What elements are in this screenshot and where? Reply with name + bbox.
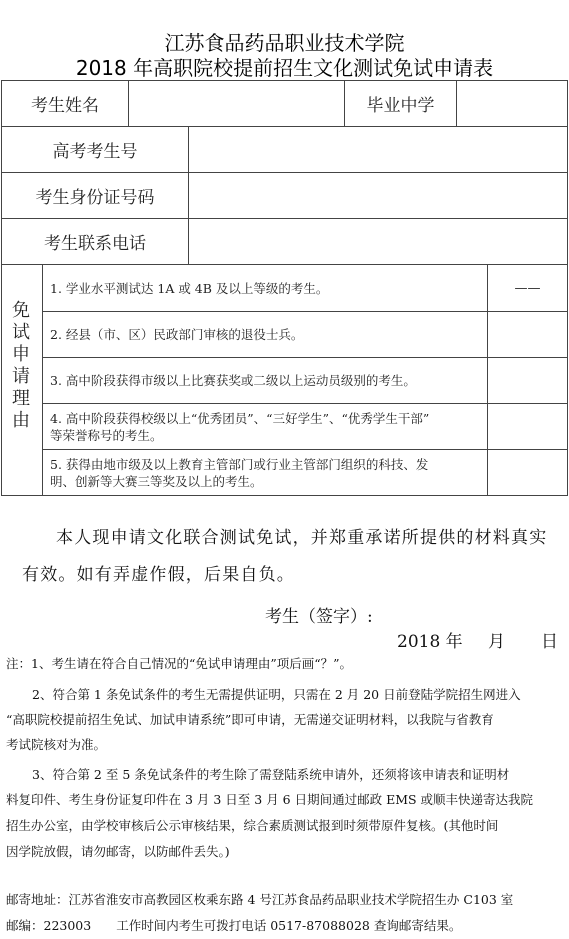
note-3-line1: 3、符合第 2 至 5 条免试条件的考生除了需登陆系统申请外，还须将该申请表和证… xyxy=(32,767,569,783)
name-label: 考生姓名 xyxy=(2,81,128,126)
header-char: 试 xyxy=(2,322,40,344)
reason-5-line1: 5. 获得由地市级及以上教育主管部门或行业主管部门组织的科技、发 xyxy=(50,456,428,473)
phone-label: 考生联系电话 xyxy=(2,219,188,264)
header-char: 理 xyxy=(2,388,40,410)
reason-1-mark[interactable]: —— xyxy=(488,265,567,311)
exemption-reasons-header: 免 试 申 请 理 由 xyxy=(2,300,40,432)
date-month: 月 xyxy=(488,627,505,652)
note-3-line3: 招生办公室，由学校审核后公示审核结果，综合素质测试报到时须带原件复核。(其他时间 xyxy=(6,818,562,834)
reason-5-line2: 明、创新等大赛三等奖及以上的考生。 xyxy=(50,473,263,490)
reason-4: 4. 高中阶段获得校级以上“优秀团员”、“三好学生”、“优秀学生干部” 等荣誉称… xyxy=(50,404,482,449)
note-2-line1: 2、符合第 1 条免试条件的考生无需提供证明，只需在 2 月 20 日前登陆学院… xyxy=(32,687,569,703)
note-2-line3: 考试院核对为准。 xyxy=(6,737,562,753)
reason-4-line2: 等荣誉称号的考生。 xyxy=(50,427,163,444)
mailing-address: 邮寄地址：江苏省淮安市高教园区枚乘东路 4 号江苏食品药品职业技术学院招生办 C… xyxy=(6,892,562,908)
header-char: 由 xyxy=(2,410,40,432)
school-name: 江苏食品药品职业技术学院 xyxy=(0,31,569,55)
exam-number-label: 高考考生号 xyxy=(2,127,188,172)
header-char: 免 xyxy=(2,300,40,322)
reason-3-mark[interactable] xyxy=(488,358,567,403)
id-number-label: 考生身份证号码 xyxy=(2,173,188,218)
header-char: 申 xyxy=(2,344,40,366)
date-year: 2018 年 xyxy=(397,627,463,652)
pledge-line2: 有效。如有弄虚作假，后果自负。 xyxy=(22,565,562,585)
reason-2-mark[interactable] xyxy=(488,312,567,357)
school-label: 毕业中学 xyxy=(345,81,456,126)
form-name: 2018 年高职院校提前招生文化测试免试申请表 xyxy=(0,56,569,80)
signature-label: 考生（签字）: xyxy=(265,602,373,627)
reason-2: 2. 经县（市、区）民政部门审核的退役士兵。 xyxy=(50,312,482,357)
exam-number-field[interactable] xyxy=(189,127,567,172)
phone-field[interactable] xyxy=(189,219,567,264)
reason-1: 1. 学业水平测试达 1A 或 4B 及以上等级的考生。 xyxy=(50,265,482,311)
note-3-line2: 料复印件、考生身份证复印件在 3 月 3 日至 3 月 6 日期间通过邮政 EM… xyxy=(6,792,562,808)
school-field[interactable] xyxy=(457,81,567,126)
pledge-line1: 本人现申请文化联合测试免试，并郑重承诺所提供的材料真实 xyxy=(22,528,562,548)
note-1: 注：1、考生请在符合自己情况的“免试申请理由”项后画“？”。 xyxy=(6,656,562,672)
reason-4-line1: 4. 高中阶段获得校级以上“优秀团员”、“三好学生”、“优秀学生干部” xyxy=(50,410,429,427)
note-3-line4: 因学院放假，请勿邮寄，以防邮件丢失。) xyxy=(6,844,562,860)
id-number-field[interactable] xyxy=(189,173,567,218)
col-divider xyxy=(42,264,43,496)
reason-3: 3. 高中阶段获得市级以上比赛获奖或二级以上运动员级别的考生。 xyxy=(50,358,482,403)
name-field[interactable] xyxy=(129,81,344,126)
reason-5-mark[interactable] xyxy=(488,450,567,495)
header-char: 请 xyxy=(2,366,40,388)
date-day: 日 xyxy=(541,627,558,652)
postcode-phone: 邮编：223003 工作时间内考生可拨打电话 0517-87088028 查询邮… xyxy=(6,918,562,934)
reason-4-mark[interactable] xyxy=(488,404,567,449)
reason-5: 5. 获得由地市级及以上教育主管部门或行业主管部门组织的科技、发 明、创新等大赛… xyxy=(50,450,482,495)
note-2-line2: “高职院校提前招生免试、加试申请系统”即可申请，无需递交证明材料，以我院与省教育 xyxy=(6,712,562,728)
